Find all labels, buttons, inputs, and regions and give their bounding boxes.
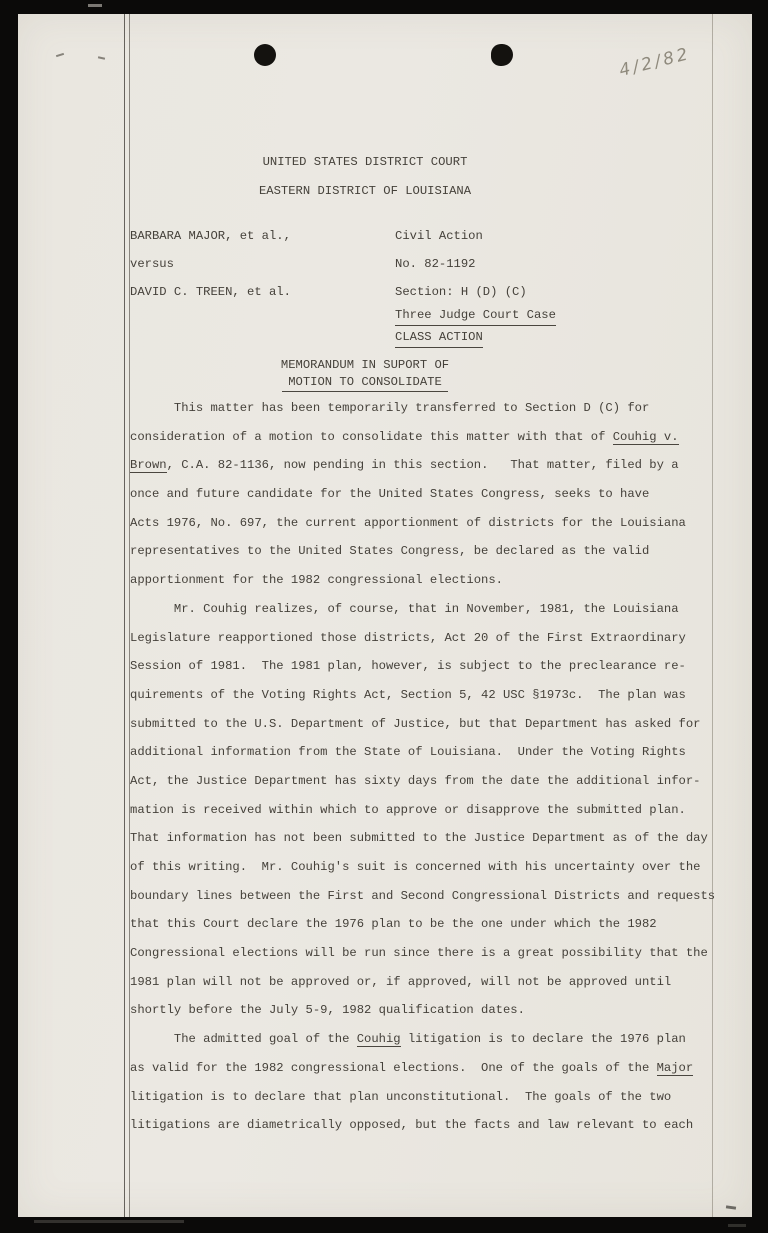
document-page: 4/2/82 UNITED STATES DISTRICT COURT EAST…: [18, 14, 752, 1217]
body-line: submitted to the U.S. Department of Just…: [130, 710, 730, 739]
body-text-segment: additional information from the State of…: [130, 745, 686, 759]
body-line: litigation is to declare that plan uncon…: [130, 1083, 730, 1112]
defendant-name: DAVID C. TREEN, et al.: [130, 285, 291, 299]
scan-background: 4/2/82 UNITED STATES DISTRICT COURT EAST…: [0, 0, 768, 1233]
body-line: shortly before the July 5-9, 1982 qualif…: [130, 996, 730, 1025]
punch-hole: [491, 44, 513, 66]
body-text-segment: boundary lines between the First and Sec…: [130, 889, 715, 903]
body-text-segment: Legislature reapportioned those district…: [130, 631, 686, 645]
body-text-segment: as valid for the 1982 congressional elec…: [130, 1061, 657, 1075]
court-district: EASTERN DISTRICT OF LOUISIANA: [130, 184, 600, 213]
memorandum-title-line2: MOTION TO CONSOLIDATE: [282, 375, 448, 392]
body-text-segment: of this writing. Mr. Couhig's suit is co…: [130, 860, 700, 874]
three-judge-court-label: Three Judge Court Case: [395, 308, 556, 322]
body-text-segment: litigation is to declare that plan uncon…: [130, 1090, 671, 1104]
scan-artifact: [34, 1220, 184, 1223]
body-line: additional information from the State of…: [130, 738, 730, 767]
body-text-segment: consideration of a motion to consolidate…: [130, 430, 613, 444]
body-text-segment: That information has not been submitted …: [130, 831, 708, 845]
court-header: UNITED STATES DISTRICT COURT EASTERN DIS…: [130, 155, 600, 213]
plaintiff-name: BARBARA MAJOR, et al.,: [130, 229, 291, 243]
body-text-segment: 1981 plan will not be approved or, if ap…: [130, 975, 671, 989]
body-line: Act, the Justice Department has sixty da…: [130, 767, 730, 796]
body-text-segment: Session of 1981. The 1981 plan, however,…: [130, 659, 686, 673]
body-text-segment: The admitted goal of the: [130, 1032, 357, 1046]
body-line: litigations are diametrically opposed, b…: [130, 1111, 730, 1140]
memorandum-title-line1: MEMORANDUM IN SUPORT OF: [130, 358, 600, 372]
body-text-segment: Acts 1976, No. 697, the current apportio…: [130, 516, 686, 530]
body-line: Legislature reapportioned those district…: [130, 624, 730, 653]
page-binding-edge-line: [124, 14, 125, 1217]
body-line: mation is received within which to appro…: [130, 796, 730, 825]
body-text-segment: Mr. Couhig realizes, of course, that in …: [130, 602, 679, 616]
body-line: apportionment for the 1982 congressional…: [130, 566, 730, 595]
case-number: No. 82-1192: [395, 257, 475, 271]
versus-label: versus: [130, 257, 174, 271]
class-action-label: CLASS ACTION: [395, 330, 483, 344]
body-text-segment: representatives to the United States Con…: [130, 544, 649, 558]
body-line: Session of 1981. The 1981 plan, however,…: [130, 652, 730, 681]
body-text-segment: litigation is to declare the 1976 plan: [401, 1032, 686, 1046]
body-line: boundary lines between the First and Sec…: [130, 882, 730, 911]
scan-artifact: [728, 1224, 746, 1227]
body-line: Mr. Couhig realizes, of course, that in …: [130, 595, 730, 624]
body-line: of this writing. Mr. Couhig's suit is co…: [130, 853, 730, 882]
civil-action-label: Civil Action: [395, 229, 483, 243]
memorandum-body: This matter has been temporarily transfe…: [130, 394, 730, 1140]
body-line: Acts 1976, No. 697, the current apportio…: [130, 509, 730, 538]
body-line: The admitted goal of the Couhig litigati…: [130, 1025, 730, 1054]
body-text-segment: that this Court declare the 1976 plan to…: [130, 917, 657, 931]
scan-artifact: [726, 1205, 736, 1209]
body-text-segment: quirements of the Voting Rights Act, Sec…: [130, 688, 686, 702]
body-line: This matter has been temporarily transfe…: [130, 394, 730, 423]
body-line: Brown, C.A. 82-1136, now pending in this…: [130, 451, 730, 480]
body-line: Congressional elections will be run sinc…: [130, 939, 730, 968]
class-action-text: CLASS ACTION: [395, 330, 483, 348]
body-line: once and future candidate for the United…: [130, 480, 730, 509]
memorandum-title: MEMORANDUM IN SUPORT OF MOTION TO CONSOL…: [130, 358, 600, 392]
body-text-segment: This matter has been temporarily transfe…: [130, 401, 649, 415]
body-line: quirements of the Voting Rights Act, Sec…: [130, 681, 730, 710]
section-label: Section: H (D) (C): [395, 285, 527, 299]
body-line: as valid for the 1982 congressional elec…: [130, 1054, 730, 1083]
three-judge-court-text: Three Judge Court Case: [395, 308, 556, 326]
body-text-segment: Act, the Justice Department has sixty da…: [130, 774, 700, 788]
body-text-segment: apportionment for the 1982 congressional…: [130, 573, 503, 587]
body-line: 1981 plan will not be approved or, if ap…: [130, 968, 730, 997]
body-text-segment: litigations are diametrically opposed, b…: [130, 1118, 693, 1132]
body-line: consideration of a motion to consolidate…: [130, 423, 730, 452]
body-text-segment: once and future candidate for the United…: [130, 487, 649, 501]
body-text-segment: mation is received within which to appro…: [130, 803, 686, 817]
body-text-segment: , C.A. 82-1136, now pending in this sect…: [167, 458, 679, 472]
body-text-segment: shortly before the July 5-9, 1982 qualif…: [130, 1003, 525, 1017]
underlined-case-name: Couhig: [357, 1032, 401, 1047]
body-line: That information has not been submitted …: [130, 824, 730, 853]
underlined-case-name: Major: [657, 1061, 694, 1076]
court-name: UNITED STATES DISTRICT COURT: [130, 155, 600, 184]
pencil-mark: [56, 53, 64, 57]
body-line: representatives to the United States Con…: [130, 537, 730, 566]
underlined-case-name: Brown: [130, 458, 167, 473]
punch-hole: [254, 44, 276, 66]
pencil-mark: [98, 56, 105, 59]
scan-artifact: [88, 4, 102, 7]
body-text-segment: Congressional elections will be run sinc…: [130, 946, 708, 960]
underlined-case-name: Couhig v.: [613, 430, 679, 445]
body-line: that this Court declare the 1976 plan to…: [130, 910, 730, 939]
body-text-segment: submitted to the U.S. Department of Just…: [130, 717, 700, 731]
